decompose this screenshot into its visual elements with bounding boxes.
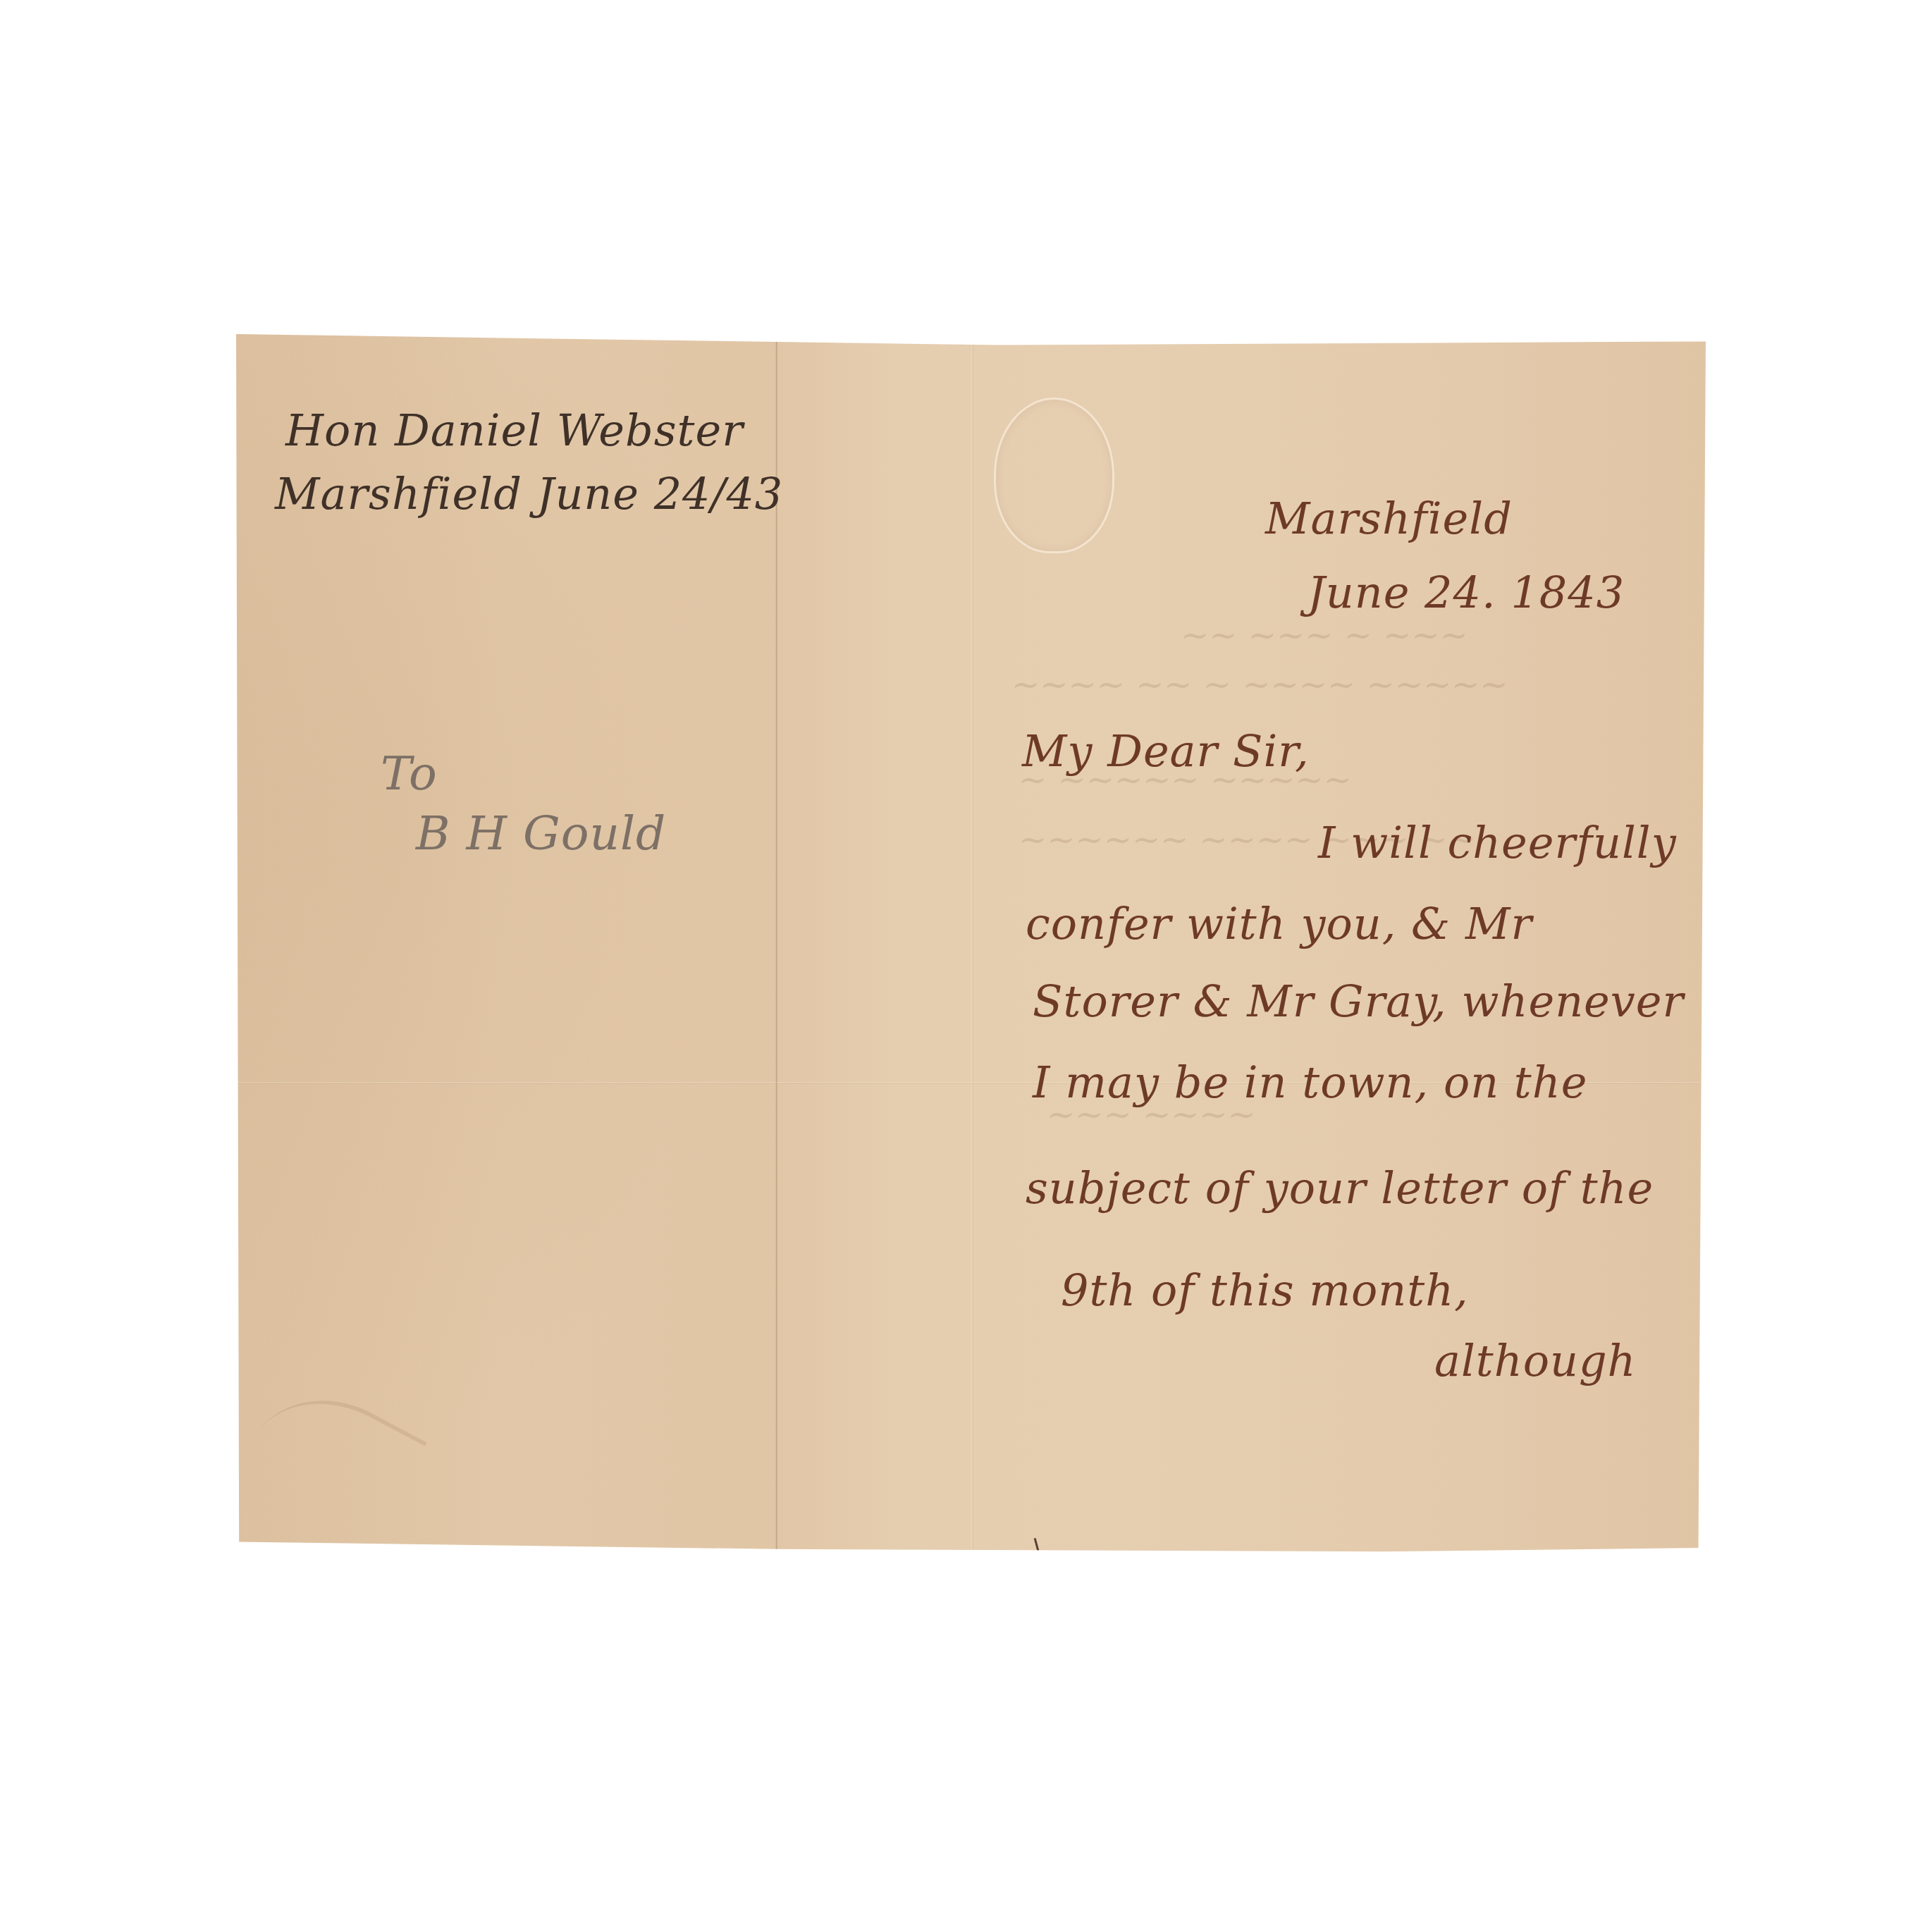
- letter-line: subject of your letter of the: [1026, 1162, 1654, 1214]
- letter-line: 9th of this month,: [1061, 1265, 1469, 1316]
- bleed-through: ~~~~ ~~ ~ ~~~~ ~~~~~: [1011, 665, 1508, 705]
- edge-tear: [1034, 1538, 1041, 1556]
- bleed-through: ~~ ~~~ ~ ~~~: [1181, 616, 1468, 656]
- letter-line: confer with you, & Mr: [1026, 898, 1532, 949]
- letter-line: Storer & Mr Gray, whenever: [1033, 976, 1684, 1027]
- secondary-fold: [971, 334, 973, 1558]
- letter-line: although: [1434, 1335, 1637, 1386]
- docket-line-1: Hon Daniel Webster: [285, 405, 744, 456]
- letter-date: June 24. 1843: [1308, 567, 1625, 618]
- letter-place: Marshfield: [1265, 493, 1513, 544]
- letter-line: I will cheerfully: [1318, 817, 1677, 868]
- letter-salutation: My Dear Sir,: [1022, 725, 1310, 777]
- letter-paper: ~~ ~~~ ~ ~~~ ~~~~ ~~ ~ ~~~~ ~~~~~ ~ ~~~~…: [236, 334, 1706, 1558]
- docket-address-name: B H Gould: [416, 806, 666, 861]
- docket-address-to: To: [381, 746, 438, 801]
- docket-line-2: Marshfield June 24/43: [275, 468, 783, 519]
- letter-line: I may be in town, on the: [1033, 1057, 1587, 1108]
- embossed-stamp-icon: [994, 398, 1114, 553]
